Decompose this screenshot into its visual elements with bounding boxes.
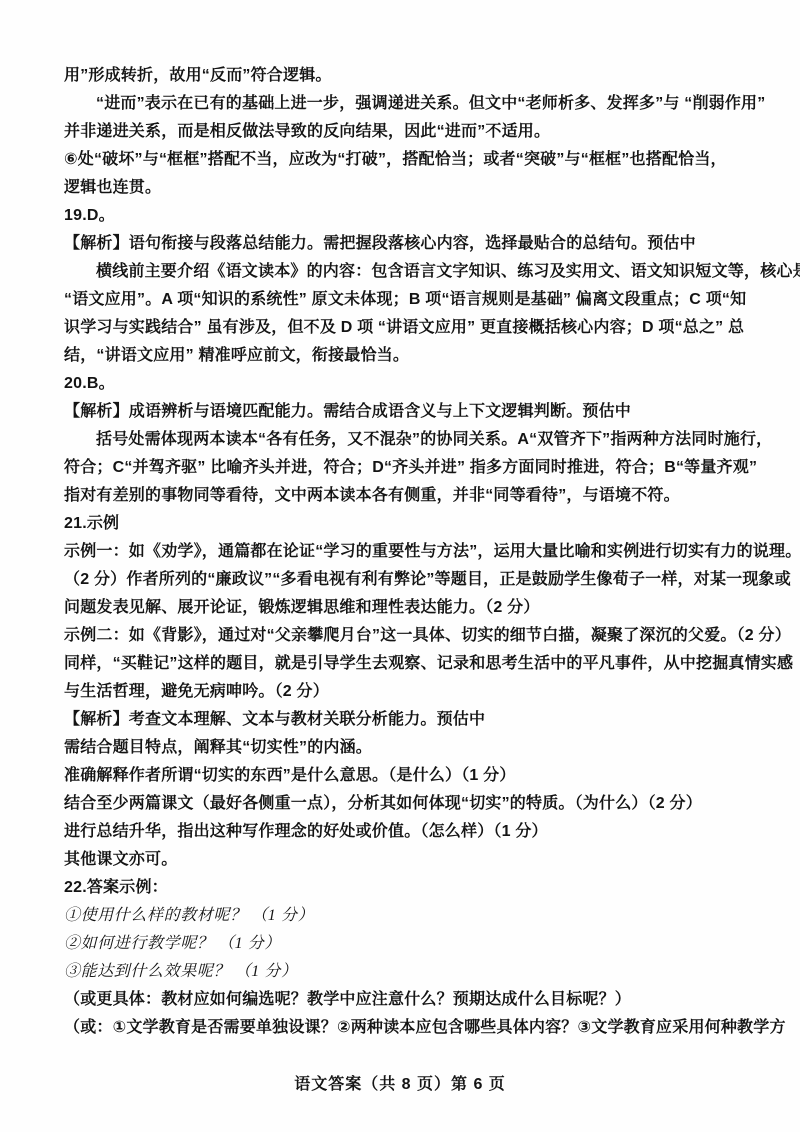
text-line: 并非递进关系，而是相反做法导致的反向结果，因此“进而”不适用。 bbox=[64, 118, 742, 146]
text-line: 21.示例 bbox=[64, 510, 742, 538]
text-line: 其他课文亦可。 bbox=[64, 846, 742, 874]
text-line: 同样，“买鞋记”这样的题目，就是引导学生去观察、记录和思考生活中的平凡事件，从中… bbox=[64, 650, 742, 678]
text-line: 【解析】成语辨析与语境匹配能力。需结合成语含义与上下文逻辑判断。预估中 bbox=[64, 398, 742, 426]
text-line: 与生活哲理，避免无病呻吟。（2 分） bbox=[64, 678, 742, 706]
text-line: 【解析】语句衔接与段落总结能力。需把握段落核心内容，选择最贴合的总结句。预估中 bbox=[64, 230, 742, 258]
text-line: 19.D。 bbox=[64, 202, 742, 230]
text-line: 问题发表见解、展开论证，锻炼逻辑思维和理性表达能力。（2 分） bbox=[64, 594, 742, 622]
text-line: 识学习与实践结合” 虽有涉及，但不及 D 项 “讲语文应用” 更直接概括核心内容… bbox=[64, 314, 742, 342]
text-line: 20.B。 bbox=[64, 370, 742, 398]
text-line: ⑥处“破坏”与“框框”搭配不当，应改为“打破”，搭配恰当；或者“突破”与“框框”… bbox=[64, 146, 742, 174]
text-line: 结合至少两篇课文（最好各侧重一点），分析其如何体现“切实”的特质。（为什么）（2… bbox=[64, 790, 742, 818]
text-line: 横线前主要介绍《语文读本》的内容：包含语言文字知识、练习及实用文、语文知识短文等… bbox=[64, 258, 742, 286]
text-line: 示例一：如《劝学》，通篇都在论证“学习的重要性与方法”，运用大量比喻和实例进行切… bbox=[64, 538, 742, 566]
text-line: “进而”表示在已有的基础上进一步，强调递进关系。但文中“老师析多、发挥多”与 “… bbox=[64, 90, 742, 118]
answer-sheet-page: 用”形成转折，故用“反而”符合逻辑。“进而”表示在已有的基础上进一步，强调递进关… bbox=[0, 0, 800, 1132]
text-line: 示例二：如《背影》，通过对“父亲攀爬月台”这一具体、切实的细节白描，凝聚了深沉的… bbox=[64, 622, 742, 650]
text-line: 需结合题目特点，阐释其“切实性”的内涵。 bbox=[64, 734, 742, 762]
text-line: 22.答案示例： bbox=[64, 874, 742, 902]
text-line: 准确解释作者所谓“切实的东西”是什么意思。（是什么）（1 分） bbox=[64, 762, 742, 790]
text-line: ②如何进行教学呢？ （1 分） bbox=[64, 930, 742, 958]
document-body: 用”形成转折，故用“反而”符合逻辑。“进而”表示在已有的基础上进一步，强调递进关… bbox=[64, 62, 742, 1042]
text-line: ③能达到什么效果呢？ （1 分） bbox=[64, 958, 742, 986]
page-footer: 语文答案（共 8 页）第 6 页 bbox=[0, 1071, 800, 1094]
text-line: 用”形成转折，故用“反而”符合逻辑。 bbox=[64, 62, 742, 90]
text-line: “语文应用”。A 项“知识的系统性” 原文未体现；B 项“语言规则是基础” 偏离… bbox=[64, 286, 742, 314]
text-line: 【解析】考查文本理解、文本与教材关联分析能力。预估中 bbox=[64, 706, 742, 734]
text-line: 进行总结升华，指出这种写作理念的好处或价值。（怎么样）（1 分） bbox=[64, 818, 742, 846]
text-line: （或：①文学教育是否需要单独设课？②两种读本应包含哪些具体内容？③文学教育应采用… bbox=[64, 1014, 742, 1042]
text-line: 符合；C“并驾齐驱” 比喻齐头并进，符合；D“齐头并进” 指多方面同时推进，符合… bbox=[64, 454, 742, 482]
text-line: 结，“讲语文应用” 精准呼应前文，衔接最恰当。 bbox=[64, 342, 742, 370]
text-line: 逻辑也连贯。 bbox=[64, 174, 742, 202]
text-line: ①使用什么样的教材呢？ （1 分） bbox=[64, 902, 742, 930]
text-line: （或更具体：教材应如何编选呢？教学中应注意什么？预期达成什么目标呢？） bbox=[64, 986, 742, 1014]
text-line: （2 分）作者所列的“廉政议”“多看电视有利有弊论”等题目，正是鼓励学生像荀子一… bbox=[64, 566, 742, 594]
text-line: 指对有差别的事物同等看待，文中两本读本各有侧重，并非“同等看待”，与语境不符。 bbox=[64, 482, 742, 510]
text-line: 括号处需体现两本读本“各有任务，又不混杂”的协同关系。A“双管齐下”指两种方法同… bbox=[64, 426, 742, 454]
